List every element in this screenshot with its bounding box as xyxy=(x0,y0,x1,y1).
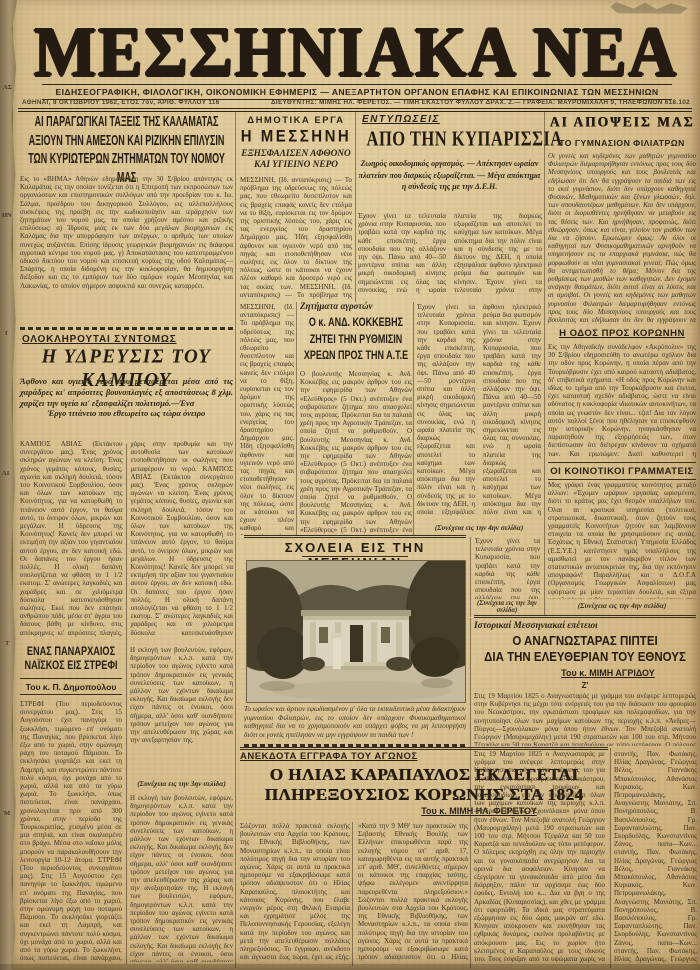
continuation-note: (Συνέχεια εις την 3ην σελίδα) xyxy=(474,600,540,614)
masthead-subtitle: ΕΙΔΗΣΕΟΓΡΑΦΙΚΗ, ΦΙΛΟΛΟΓΙΚΗ, ΟΙΚΟΝΟΜΙΚΗ Ε… xyxy=(42,84,672,100)
photo-caption: Το ωραίον και άρτιον εφωδιασμένον μ' όλα… xyxy=(244,705,466,739)
column-divider xyxy=(296,302,297,536)
strefi-byline: Του κ. Π. Δημοπούλου xyxy=(20,678,122,695)
continuation-note: (Συνέχεια εις την 3ην σελίδα) xyxy=(130,779,233,788)
column-divider xyxy=(126,444,127,964)
anagnostaras-headline: Ο ΑΝΑΓΝΩΣΤΑΡΑΣ ΠΙΠΤΕΙ ΔΙΑ ΤΗΝ ΕΛΕΥΘΕΡΙΑΝ… xyxy=(474,634,696,665)
grammateis-subhead: ΟΙ ΚΟΙΝΟΤΙΚΟΙ ΓΡΑΜΜΑΤΕΙΣ xyxy=(548,462,696,480)
kampos-deck: Άφθονο και υγιεινό νερό που μεταφέρεται … xyxy=(20,377,233,420)
dateline-publisher-info: ΔΙΕΥΘΥΝΤΗΣ: ΜΙΜΗΣ ΗΛ. ΦΕΡΕΤΟΣ. — ΤΙΜΗ ΕΚ… xyxy=(271,99,690,106)
anagnostaras-part-number: Ζ' xyxy=(474,681,696,690)
photo-section-rule xyxy=(244,535,466,538)
kampos-continuation: Η εκλογή των βουλευτών, εφόρων, δημογερό… xyxy=(130,646,233,776)
odos-koronin-subhead: Η ΟΔΟΣ ΠΡΟΣ ΚΟΡΩΝΗΝ xyxy=(548,328,696,339)
newspaper-scan: { "colors":{"paper":"#dcc494","ink":"#3c… xyxy=(0,0,700,970)
torn-fragment: Μ xyxy=(4,810,10,817)
kampos-deck-lastline: Έργο τιτάνειο που εθεωρείτο ως τώρα όνει… xyxy=(20,409,233,420)
torn-fragment: Ι xyxy=(5,330,8,337)
torn-fragment: Τ xyxy=(5,640,9,647)
section-rule xyxy=(474,615,696,618)
karapavlos-article-body: Σώζονται πολλά πρακτικά εκλογής βουλευτώ… xyxy=(240,822,468,964)
column-divider xyxy=(470,618,471,968)
school-photo xyxy=(246,560,466,703)
anagnostaras-body-wide: Στις 19 Μαρτίου 1825 ο Αναγνωσταράς με γ… xyxy=(474,692,696,746)
odos-koronin-body: Εις την Αθηναϊκήν συνάδελφον «Ακρόπολιν»… xyxy=(548,343,696,459)
kyparissia-kicker: ΕΝΤΥΠΩΣΕΙΣ xyxy=(362,114,440,125)
kokkevis-headline: Ο κ. ΑΝΔ. ΚΟΚΚΕΒΗΣ ΖΗΤΕΙ ΤΗΝ ΡΥΘΜΙΣΙΝ ΧΡ… xyxy=(300,314,412,364)
messini-headline: Η ΜΕΣΣΗΝΗ xyxy=(240,127,352,146)
kyparissia-sliver-column: Έχουν γίνει τα τελευταία χρόνια στην Κυπ… xyxy=(475,537,540,599)
strefi-article-body: ΣΤΡΕΦΙ (Του περιοδεύοντος συνεργάτου μας… xyxy=(20,700,122,962)
kampos-deck-text: Άφθονο και υγιεινό νερό που μεταφέρεται … xyxy=(20,377,233,408)
grammateis-body: Μας γράφει ένας γραμματεύς κοινότητος με… xyxy=(548,481,696,599)
torn-fragment: ΑΣ xyxy=(3,84,12,91)
messini-article-continuation: ΜΕΣΣΗΝΗ, (Ιδ. ανταπόκρισις) — Το πρόβλημ… xyxy=(240,303,294,535)
signatories-list-column: σταντής, Παν. Φωτάκης, Ηλίας Δραγώνας, Γ… xyxy=(614,750,697,964)
column-divider xyxy=(413,302,414,536)
anagnostaras-kicker: Ιστορικαί Μεσσηνιακαί επέτειοι xyxy=(474,621,598,631)
kyparissia-continuation: Έχουν γίνει τα τελευταία χρόνια στην Κυπ… xyxy=(417,303,541,521)
messini-article-body: ΜΕΣΣΗΝΗ, (Ιδ. ανταπόκρισις) — Το πρόβλημ… xyxy=(240,176,352,299)
kokkevis-article-body: Ο βουλευτής Μεσσηνίας κ. Ανδ. Κοκκέβης ε… xyxy=(300,370,412,536)
dateline: ΑΘΗΝΑΙ, 8 ΟΚΤΩΒΡΙΟΥ 1962, ΕΤΟΣ 7ον, ΑΡΙΘ… xyxy=(22,99,690,106)
masthead-rule xyxy=(18,108,692,112)
continuation-note: (Συνέχεια εις την 4ην σελίδα) xyxy=(548,601,696,610)
lead-article-body: Εις το «ΒΗΜΑ» Αθηνών εδημοσιεύθη την 30 … xyxy=(20,175,233,325)
apopseis-body: Οι γονείς και κηδεμόνες των μαθητών γυμν… xyxy=(548,152,696,324)
kokkevis-kicker: Ζητήματα αγροτών xyxy=(300,301,412,311)
column-divider xyxy=(610,748,611,968)
strefi-headline: ΕΝΑΣ ΠΑΝΑΡΧΑΙΟΣ ΝΑΪΣΚΟΣ ΕΙΣ ΣΤΡΕΦΙ xyxy=(20,646,122,673)
kyparissia-deck: Ζωηρός οικοδομικός οργασμός. — Απέκτησεν… xyxy=(357,158,542,193)
election-history-text: Η εκλογή των βουλευτών, εφόρων, δημογερό… xyxy=(130,794,233,962)
anagnostaras-body-column: Στις 19 Μαρτίου 1825 ο Αναγνωσταράς με γ… xyxy=(474,750,605,964)
column-divider xyxy=(352,822,353,966)
masthead-title: ΜΕΣΣΗΝΙΑΚΑ ΝΕΑ xyxy=(20,12,692,88)
torn-fragment: ΑΙ xyxy=(2,470,9,477)
messini-subhead: ΕΞΗΣΦΑΛΙΣΕΝ ΑΦΘΟΝΟ ΚΑΙ ΥΓΙΕΙΝΟ ΝΕΡΟ xyxy=(240,149,352,171)
kampos-kicker: ΟΛΟΚΛΗΡΟΥΤΑΙ ΣΥΝΤΟΜΩΣ xyxy=(22,334,235,345)
kyparissia-article-body: Έχουν γίνει τα τελευταία χρόνια στην Κυπ… xyxy=(358,212,542,300)
messini-kicker: ΔΗΜΟΤΙΚΑ ΕΡΓΑ xyxy=(240,115,352,125)
column-divider xyxy=(355,112,356,302)
anagnostaras-byline: Του κ. ΜΙΜΗ ΑΓΡΙΔΟΥ xyxy=(520,668,696,678)
column-divider xyxy=(544,112,545,616)
school-photo-illustration xyxy=(247,561,465,702)
dateline-issue-info: ΑΘΗΝΑΙ, 8 ΟΚΤΩΒΡΙΟΥ 1962, ΕΤΟΣ 7ον, ΑΡΙΘ… xyxy=(22,99,220,106)
continuation-note: (Συνέχεια εις την 4ην σελίδα) xyxy=(417,523,541,532)
section-divider xyxy=(20,327,233,330)
scan-bottom-shadow xyxy=(0,964,700,970)
photo-headline-underline xyxy=(302,556,408,557)
torn-fragment: ΗΝ xyxy=(2,212,12,219)
karapavlos-kicker: ΑΝΕΚΔΟΤΑ ΕΓΓΡΑΦΑ ΤΟΥ ΑΓΩΝΟΣ xyxy=(240,751,418,762)
apopseis-subhead: ΤΟ ΓΥΜΝΑΣΙΟΝ ΦΙΛΙΑΤΡΩΝ xyxy=(548,138,696,148)
column-divider xyxy=(235,112,236,968)
column-divider xyxy=(470,537,471,617)
kyparissia-headline: ΑΠΟ ΤΗΝ ΚΥΠΑΡΙΣΣΙΑ xyxy=(358,127,542,148)
apopseis-headline: ΑΙ ΑΠΟΨΕΙΣ ΜΑΣ xyxy=(548,113,696,131)
